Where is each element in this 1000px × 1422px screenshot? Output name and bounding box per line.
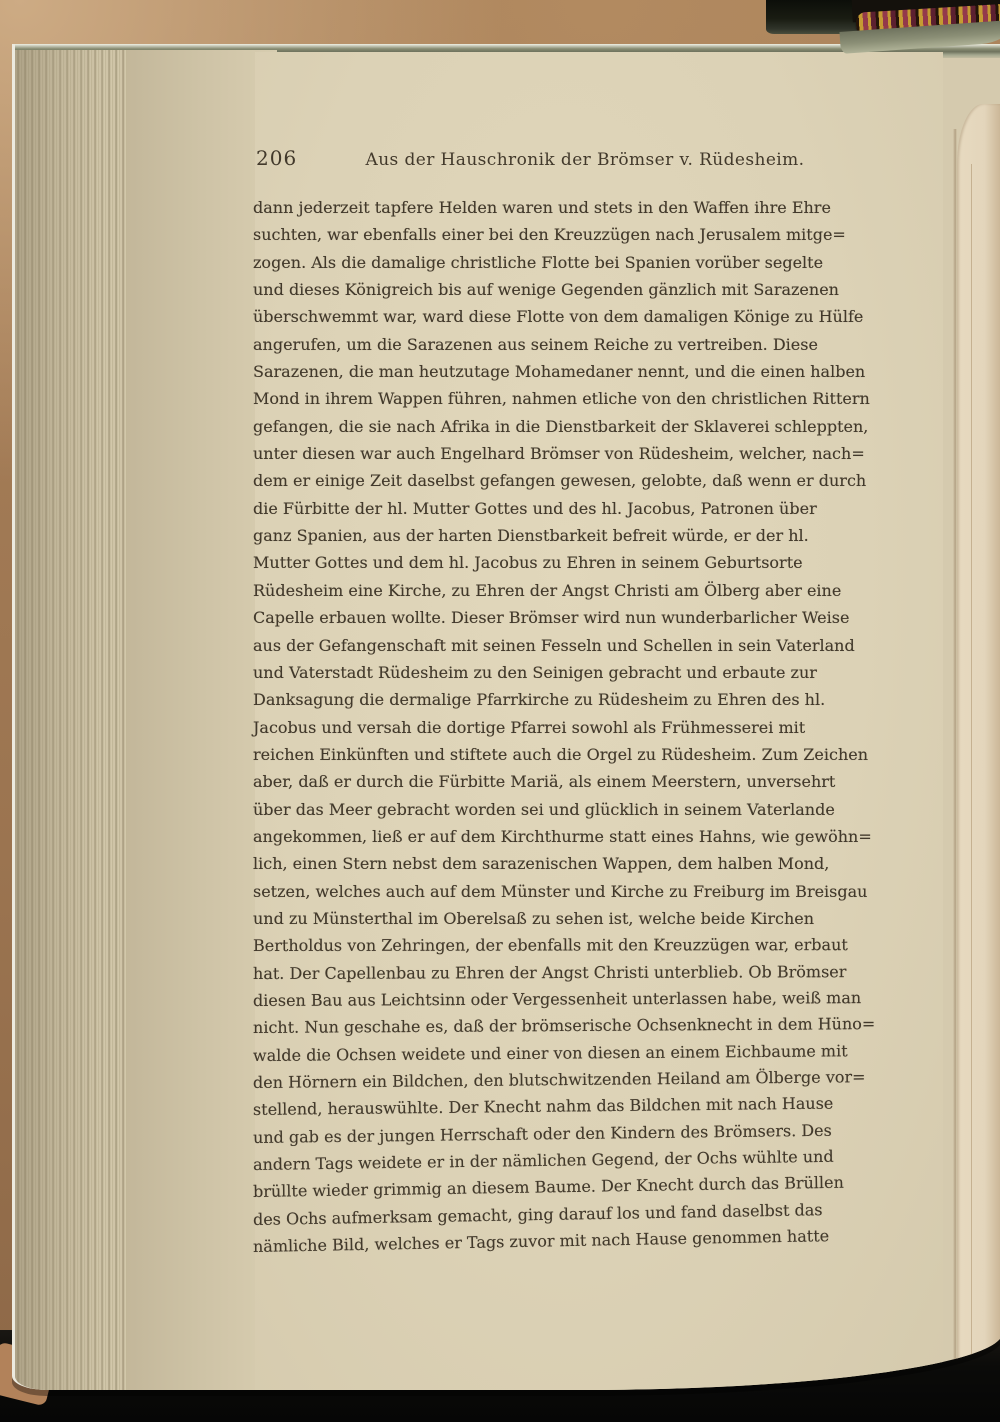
text-line: Mutter Gottes und dem hl. Jacobus zu Ehr… bbox=[253, 549, 915, 576]
text-line: hat. Der Capellenbau zu Ehren der Angst … bbox=[253, 958, 915, 987]
text-line: angerufen, um die Sarazenen aus seinem R… bbox=[253, 331, 915, 358]
printed-page: 206 Aus der Hauschronik der Brömser v. R… bbox=[0, 0, 1000, 1422]
text-line: Sarazenen, die man heutzutage Mohamedane… bbox=[253, 358, 915, 385]
text-line: ganz Spanien, aus der harten Dienstbarke… bbox=[253, 522, 915, 549]
text-line: die Fürbitte der hl. Mutter Gottes und d… bbox=[253, 495, 915, 522]
text-line: aus der Gefangenschaft mit seinen Fessel… bbox=[253, 632, 915, 659]
text-line: unter diesen war auch Engelhard Brömser … bbox=[253, 440, 915, 467]
text-line: reichen Einkünften und stiftete auch die… bbox=[253, 741, 915, 768]
text-line: und zu Münsterthal im Oberelsaß zu sehen… bbox=[253, 905, 915, 932]
text-line: Jacobus und versah die dortige Pfarrei s… bbox=[253, 714, 915, 741]
body-text: dann jederzeit tapfere Helden waren und … bbox=[253, 194, 915, 1260]
text-line: dem er einige Zeit daselbst gefangen gew… bbox=[253, 467, 915, 494]
text-line: und dieses Königreich bis auf wenige Geg… bbox=[253, 276, 915, 303]
text-line: setzen, welches auch auf dem Münster und… bbox=[253, 878, 915, 905]
text-line: dann jederzeit tapfere Helden waren und … bbox=[253, 194, 915, 221]
text-line: Rüdesheim eine Kirche, zu Ehren der Angs… bbox=[253, 577, 915, 604]
text-line: Mond in ihrem Wappen führen, nahmen etli… bbox=[253, 385, 915, 412]
running-title: Aus der Hauschronik der Brömser v. Rüdes… bbox=[300, 150, 870, 170]
text-line: und Vaterstadt Rüdesheim zu den Seinigen… bbox=[253, 659, 915, 686]
text-line: Capelle erbauen wollte. Dieser Brömser w… bbox=[253, 604, 915, 631]
text-line: aber, daß er durch die Fürbitte Mariä, a… bbox=[253, 768, 915, 795]
text-line: überschwemmt war, ward diese Flotte von … bbox=[253, 303, 915, 330]
page-number: 206 bbox=[256, 146, 297, 170]
book-photo: { "page": { "page_number": "206", "runni… bbox=[0, 0, 1000, 1422]
text-line: Danksagung die dermalige Pfarrkirche zu … bbox=[253, 686, 915, 713]
text-line: Bertholdus von Zehringen, der ebenfalls … bbox=[253, 931, 915, 959]
text-line: suchten, war ebenfalls einer bei den Kre… bbox=[253, 221, 915, 248]
text-line: angekommen, ließ er auf dem Kirchthurme … bbox=[253, 823, 915, 850]
text-line: zogen. Als die damalige christliche Flot… bbox=[253, 249, 915, 276]
text-line: lich, einen Stern nebst dem sarazenische… bbox=[253, 850, 915, 877]
text-line: über das Meer gebracht worden sei und gl… bbox=[253, 796, 915, 823]
text-line: gefangen, die sie nach Afrika in die Die… bbox=[253, 413, 915, 440]
